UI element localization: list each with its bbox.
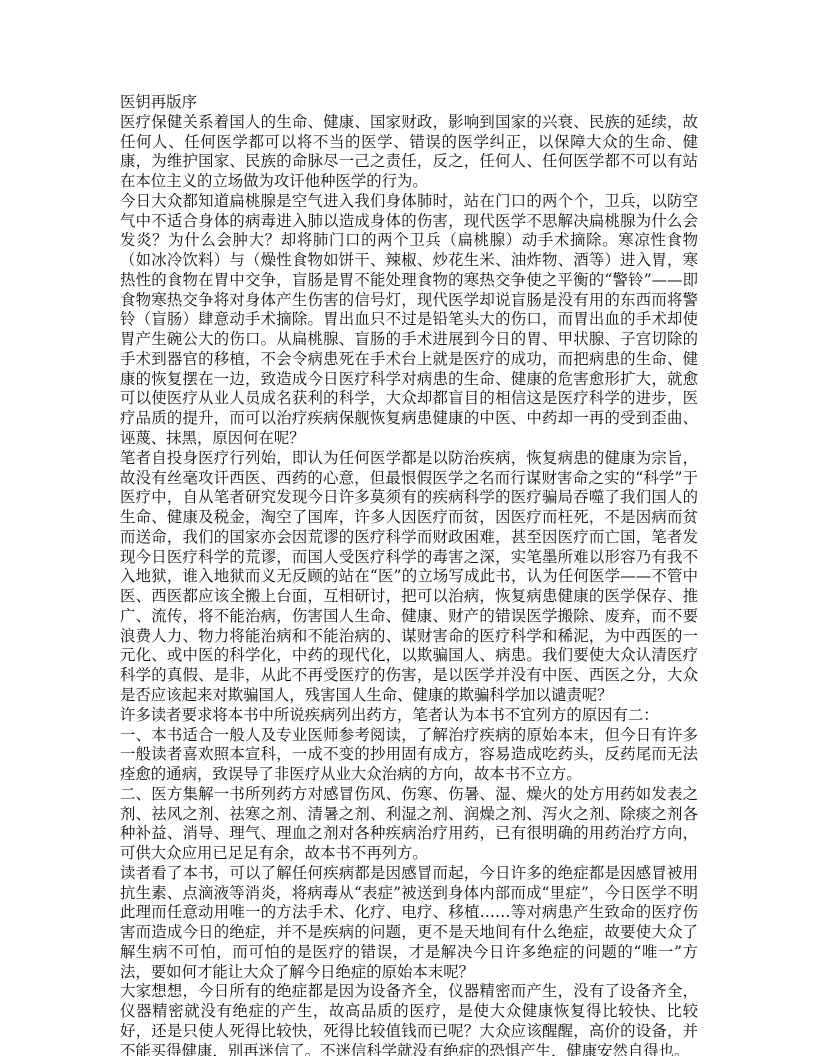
paragraph-reason-two: 二、医方集解一书所列药方对感冒伤风、伤寒、伤暑、湿、燥火的处方用药如发表之剂、祛… [120, 785, 698, 864]
paragraph-intro: 医疗保健关系着国人的生命、健康、国家财政，影响到国家的兴衰、民族的延续，故任何人… [120, 113, 698, 192]
document-title: 医钥再版序 [120, 93, 698, 113]
paragraph-cold-origin: 读者看了本书，可以了解任何疾病都是因感冒而起，今日许多的绝症都是因感冒被用抗生素… [120, 864, 698, 983]
paragraph-reason-one: 一、本书适合一般人及专业医师参考阅读，了解治疗疾病的原始本末，但今日有许多一般读… [120, 726, 698, 785]
paragraph-author-stance: 笔者自投身医疗行列始，即认为任何医学都是以防治疾病，恢复病患的健康为宗旨，故没有… [120, 449, 698, 706]
paragraph-conclusion: 大家想想，今日所有的绝症都是因为设备齐全，仪器精密而产生，没有了设备齐全，仪器精… [120, 982, 698, 1056]
document-page: 医钥再版序 医疗保健关系着国人的生命、健康、国家财政，影响到国家的兴衰、民族的延… [120, 93, 698, 1056]
paragraph-prescription-reasons: 许多读者要求将本书中所说疾病列出药方，笔者认为本书不宜列方的原因有二： [120, 706, 698, 726]
paragraph-surgery-critique: 今日大众都知道扁桃腺是空气进入我们身体肺时，站在门口的两个个，卫兵，以防空气中不… [120, 192, 698, 449]
